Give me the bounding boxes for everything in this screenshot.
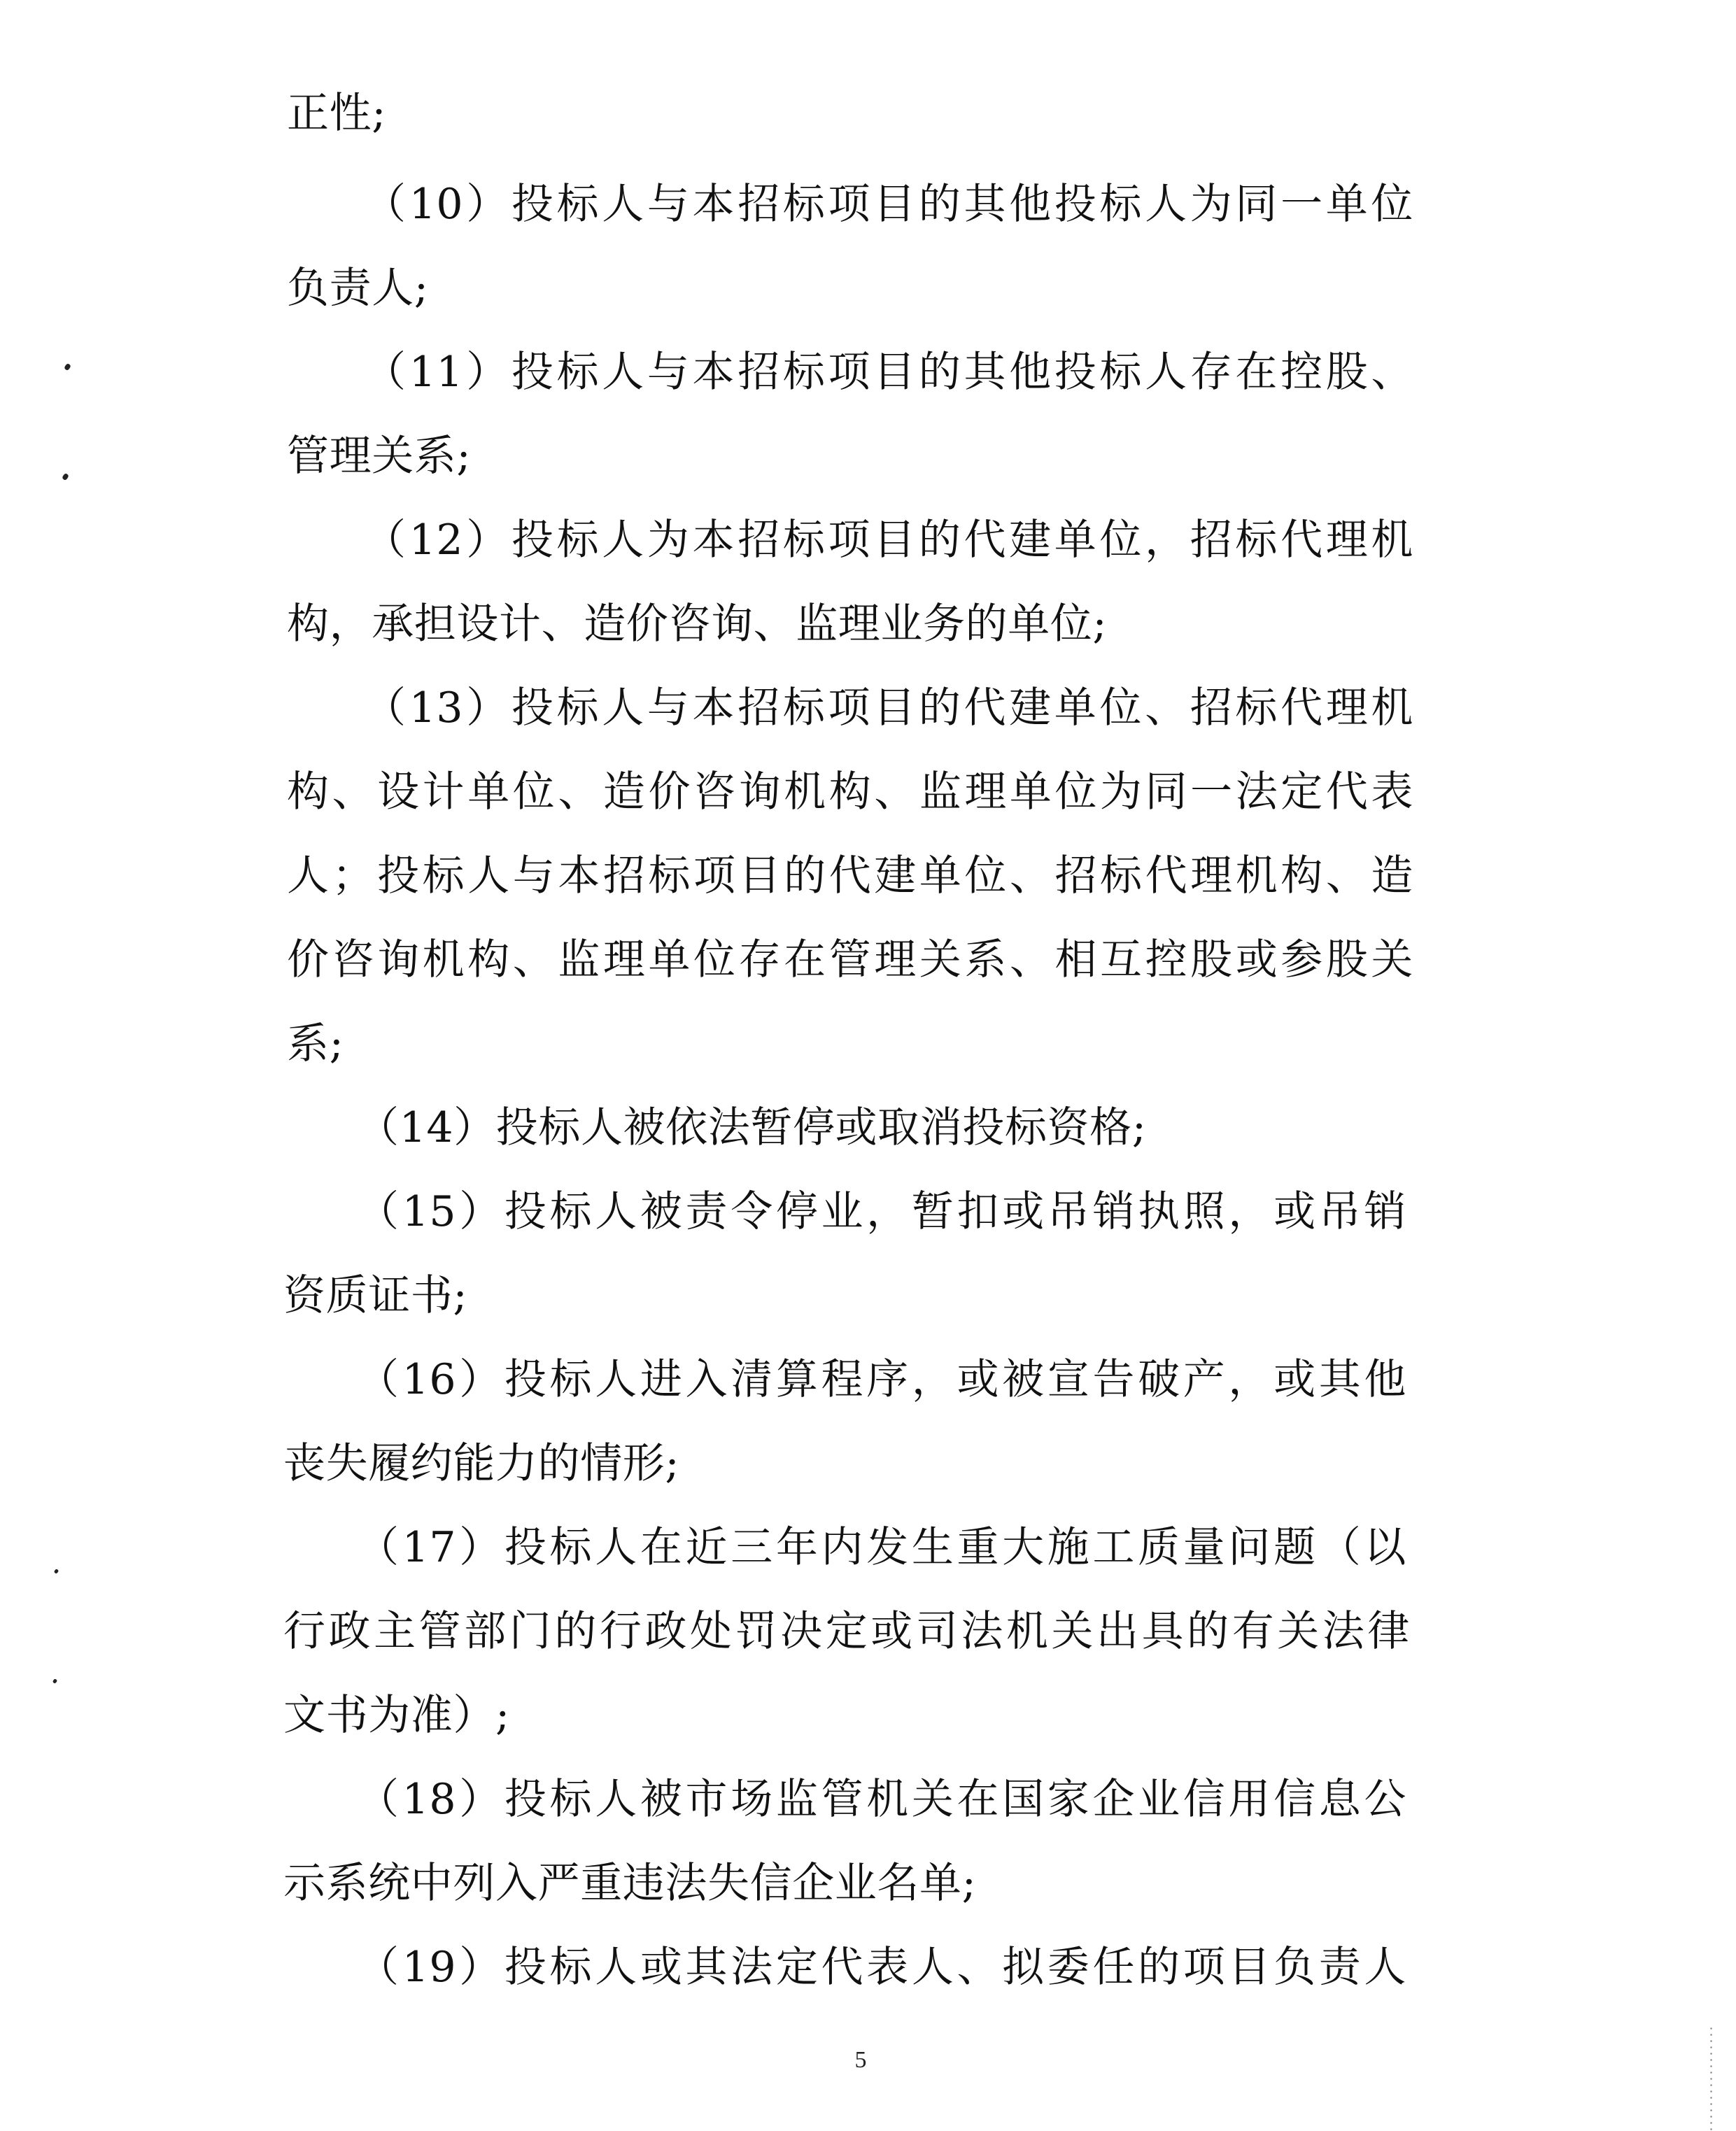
clause-17-line-2: 行政主管部门的行政处罚决定或司法机关出具的有关法律 [283, 1603, 1410, 1659]
clause-19-line-1: （19）投标人或其法定代表人、拟委任的项目负责人 [357, 1939, 1406, 1995]
scan-edge-dots [1710, 2025, 1712, 2130]
clause-17-line-3: 文书为准）; [283, 1687, 1410, 1743]
clause-13-line-3: 人；投标人与本招标项目的代建单位、招标代理机构、造 [287, 848, 1413, 904]
clause-12-line-2: 构，承担设计、造价咨询、监理业务的单位; [287, 596, 1413, 652]
document-page: 正性; （10）投标人与本招标项目的其他投标人为同一单位 负责人; （11）投标… [0, 0, 1736, 2131]
clause-11-line-1: （11）投标人与本招标项目的其他投标人存在控股、 [364, 344, 1413, 400]
clause-13-line-5: 系; [287, 1016, 1413, 1072]
clause-16-line-2: 丧失履约能力的情形; [283, 1436, 1410, 1492]
clause-10-line-2: 负责人; [287, 260, 1413, 316]
clause-17-line-1: （17）投标人在近三年内发生重大施工质量问题（以 [357, 1520, 1406, 1576]
clause-15-line-2: 资质证书; [283, 1268, 1410, 1324]
clause-16-line-1: （16）投标人进入清算程序，或被宣告破产，或其他 [357, 1352, 1406, 1408]
clause-13-line-2: 构、设计单位、造价咨询机构、监理单位为同一法定代表 [287, 764, 1413, 820]
scan-speck [64, 363, 71, 371]
text-line: 正性; [287, 85, 1413, 141]
clause-14-line-1: （14）投标人被依法暂停或取消投标资格; [357, 1100, 1483, 1156]
scan-speck [52, 1678, 58, 1684]
clause-11-line-2: 管理关系; [287, 428, 1413, 484]
clause-13-line-4: 价咨询机构、监理单位存在管理关系、相互控股或参股关 [287, 932, 1413, 988]
clause-12-line-1: （12）投标人为本招标项目的代建单位，招标代理机 [364, 512, 1413, 568]
scan-speck [62, 473, 69, 481]
clause-10-line-1: （10）投标人与本招标项目的其他投标人为同一单位 [364, 176, 1413, 232]
clause-13-line-1: （13）投标人与本招标项目的代建单位、招标代理机 [364, 680, 1413, 736]
clause-18-line-2: 示系统中列入严重违法失信企业名单; [283, 1855, 1410, 1911]
clause-18-line-1: （18）投标人被市场监管机关在国家企业信用信息公 [357, 1771, 1406, 1827]
clause-15-line-1: （15）投标人被责令停业，暂扣或吊销执照，或吊销 [357, 1184, 1406, 1240]
page-number: 5 [840, 2043, 882, 2078]
scan-speck [54, 1569, 59, 1574]
